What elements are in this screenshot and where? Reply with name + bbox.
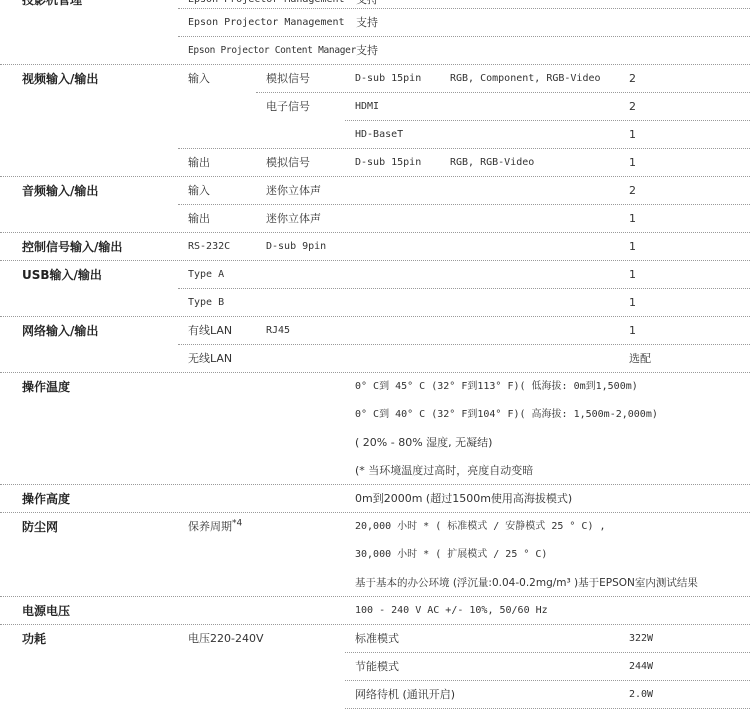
category-label: 防尘网 — [22, 513, 58, 541]
spec-row-filter-1: 防尘网 保养周期*4 20,000 小时 * ( 标准模式 / 安静模式 25 … — [0, 513, 750, 541]
spec-row-voltage: 电源电压 100 - 240 V AC +/- 10%, 50/60 Hz — [0, 597, 750, 625]
maintenance-cycle-label: 保养周期*4 — [188, 513, 242, 541]
spec-row-filter-2: 30,000 小时 * ( 扩展模式 / 25 ° C) — [0, 541, 750, 569]
quantity: 2 — [629, 65, 636, 93]
humidity-value: ( 20% - 80% 湿度, 无凝结) — [355, 429, 492, 457]
port-type: HD-BaseT — [355, 121, 403, 149]
port-type: HDMI — [355, 93, 379, 121]
quantity: 2 — [629, 93, 636, 121]
spec-row-usb-b: Type B 1 — [0, 289, 750, 317]
power-mode: 标准模式 — [355, 625, 399, 653]
maintenance-cycle-text: 保养周期 — [188, 520, 232, 533]
spec-row-filter-3: 基于基本的办公环境 (浮沉量:0.04-0.2mg/m³ )基于EPSON室内测… — [0, 569, 750, 597]
power-value: 244W — [629, 653, 653, 681]
spec-row-temp-3: ( 20% - 80% 湿度, 无凝结) — [0, 429, 750, 457]
port-type: D-sub 15pin — [355, 65, 421, 93]
temp-value: 0° C到 45° C (32° F到113° F)( 低海拔: 0m到1,50… — [355, 373, 638, 401]
category-label: USB输入/输出 — [22, 261, 102, 289]
connector-type: 迷你立体声 — [266, 205, 321, 233]
voltage-condition: 电压220-240V — [188, 625, 264, 653]
spec-row-audio-in: 音频输入/输出 输入 迷你立体声 2 — [0, 177, 750, 205]
signal-type: 模拟信号 — [266, 149, 310, 177]
spec-row-altitude: 操作高度 0m到2000m (超过1500m使用高海拔模式) — [0, 485, 750, 513]
spec-row-control: 控制信号输入/输出 RS-232C D-sub 9pin 1 — [0, 233, 750, 261]
quantity: 1 — [629, 289, 636, 317]
power-value: 322W — [629, 625, 653, 653]
spec-row-video-analog-in: 视频输入/输出 输入 模拟信号 D-sub 15pin RGB, Compone… — [0, 65, 750, 93]
temp-value: 0° C到 40° C (32° F到104° F)( 高海拔: 1,500m-… — [355, 401, 658, 429]
spec-row-lan-wireless: 无线LAN 选配 — [0, 345, 750, 373]
spec-row-temp-2: 0° C到 40° C (32° F到104° F)( 高海拔: 1,500m-… — [0, 401, 750, 429]
signal-type: 模拟信号 — [266, 65, 310, 93]
port-type: D-sub 15pin — [355, 149, 421, 177]
category-label: 功耗 — [22, 625, 46, 653]
quantity: 1 — [629, 121, 636, 149]
interface-type: RS-232C — [188, 233, 230, 261]
port-type: RJ45 — [266, 317, 290, 345]
direction-label: 输入 — [188, 177, 210, 205]
spec-row-lan-wired: 网络输入/输出 有线LAN RJ45 1 — [0, 317, 750, 345]
software-name: Epson Projector Management — [188, 9, 345, 37]
quantity: 1 — [629, 317, 636, 345]
altitude-value: 0m到2000m (超过1500m使用高海拔模式) — [355, 485, 572, 513]
connector-type: 迷你立体声 — [266, 177, 321, 205]
spec-row-power-standby: 网络待机 (通讯开启) 2.0W — [0, 681, 750, 709]
quantity: 1 — [629, 205, 636, 233]
network-type: 无线LAN — [188, 345, 232, 373]
quantity: 1 — [629, 261, 636, 289]
quantity: 2 — [629, 177, 636, 205]
support-value: 支持 — [356, 37, 378, 65]
filter-note: 基于基本的办公环境 (浮沉量:0.04-0.2mg/m³ )基于EPSON室内测… — [355, 569, 698, 597]
power-mode: 节能模式 — [355, 653, 399, 681]
divider — [345, 708, 750, 709]
usb-type: Type A — [188, 261, 224, 289]
filter-value: 30,000 小时 * ( 扩展模式 / 25 ° C) — [355, 541, 547, 569]
signal-type: 电子信号 — [266, 93, 310, 121]
footnote-marker: *4 — [232, 518, 242, 528]
network-type: 有线LAN — [188, 317, 232, 345]
software-name: Epson Projector Content Manager — [188, 37, 356, 65]
port-type: D-sub 9pin — [266, 233, 326, 261]
power-value: 2.0W — [629, 681, 653, 709]
quantity: 选配 — [629, 345, 651, 373]
power-mode: 网络待机 (通讯开启) — [355, 681, 455, 709]
spec-row-audio-out: 输出 迷你立体声 1 — [0, 205, 750, 233]
filter-value: 20,000 小时 * ( 标准模式 / 安静模式 25 ° C) , — [355, 513, 606, 541]
usb-type: Type B — [188, 289, 224, 317]
category-label: 操作温度 — [22, 373, 70, 401]
quantity: 1 — [629, 149, 636, 177]
support-value: 支持 — [356, 9, 378, 37]
direction-label: 输出 — [188, 149, 210, 177]
spec-row-power-eco: 节能模式 244W — [0, 653, 750, 681]
category-label: 视频输入/输出 — [22, 65, 98, 93]
spec-row-content-manager: Epson Projector Content Manager 支持 — [0, 37, 750, 65]
temp-note: (* 当环境温度过高时，亮度自动变暗 — [355, 457, 533, 485]
signal-format: RGB, Component, RGB-Video — [450, 65, 601, 93]
category-label: 网络输入/输出 — [22, 317, 98, 345]
spec-row-video-hdbaset: HD-BaseT 1 — [0, 121, 750, 149]
spec-row-video-digital-in: 电子信号 HDMI 2 — [0, 93, 750, 121]
category-label: 音频输入/输出 — [22, 177, 98, 205]
spec-row-temp-4: (* 当环境温度过高时，亮度自动变暗 — [0, 457, 750, 485]
spec-row-temp-1: 操作温度 0° C到 45° C (32° F到113° F)( 低海拔: 0m… — [0, 373, 750, 401]
spec-row-video-analog-out: 输出 模拟信号 D-sub 15pin RGB, RGB-Video 1 — [0, 149, 750, 177]
voltage-value: 100 - 240 V AC +/- 10%, 50/60 Hz — [355, 597, 548, 625]
category-label: 操作高度 — [22, 485, 70, 513]
direction-label: 输入 — [188, 65, 210, 93]
spec-row-usb-a: USB输入/输出 Type A 1 — [0, 261, 750, 289]
quantity: 1 — [629, 233, 636, 261]
category-label: 电源电压 — [22, 597, 70, 625]
spec-row-management: Epson Projector Management 支持 — [0, 9, 750, 37]
category-label: 控制信号输入/输出 — [22, 233, 122, 261]
spec-row-power-standard: 功耗 电压220-240V 标准模式 322W — [0, 625, 750, 653]
signal-format: RGB, RGB-Video — [450, 149, 534, 177]
direction-label: 输出 — [188, 205, 210, 233]
